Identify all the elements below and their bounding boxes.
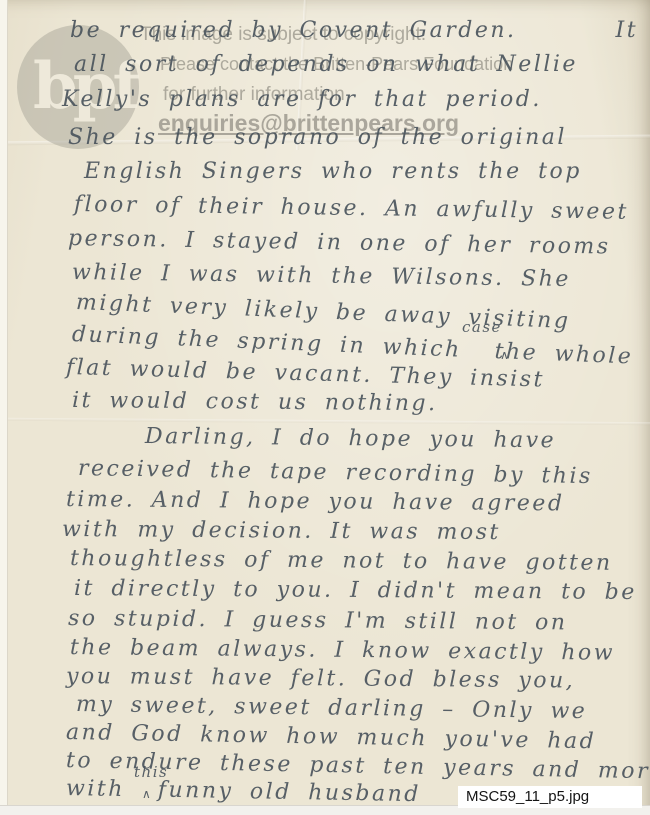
letter-line: floor of their house. An awfully sweet	[74, 192, 629, 225]
letter-line: with funny old husband	[66, 776, 421, 807]
caret-mark: ∧	[500, 348, 509, 362]
letter-line: the beam always. I know exactly how	[70, 635, 615, 666]
letter-line: time. And I hope you have agreed	[66, 487, 565, 516]
inserted-word-this: this	[134, 763, 168, 781]
letter-line: it directly to you. I didn't mean to be	[74, 576, 637, 605]
letter-line: so stupid. I guess I'm still not on	[68, 606, 568, 635]
letter-line: you must have felt. God bless you,	[66, 664, 575, 693]
scan-edge-left	[0, 0, 8, 815]
filename-label: MSC59_11_p5.jpg	[458, 786, 642, 808]
paper-crease	[0, 418, 650, 426]
scanned-letter-page: bpf This image is subject to copyright. …	[0, 0, 650, 815]
letter-line: while I was with the Wilsons. She	[72, 260, 571, 292]
caret-mark: ∧	[142, 787, 151, 801]
letter-line: received the tape recording by this	[78, 456, 593, 489]
letter-line: my sweet, sweet darling – Only we	[76, 692, 588, 724]
letter-line: person. I stayed in one of her rooms	[68, 226, 611, 260]
letter-line: thoughtless of me not to have gotten	[70, 546, 613, 576]
letter-line: English Singers who rents the top	[84, 159, 582, 184]
letter-line: Kelly's plans are for that period.	[62, 87, 542, 112]
inserted-word-case: case	[462, 318, 502, 336]
letter-line: with my decision. It was most	[62, 517, 501, 545]
letter-line: Darling, I do hope you have	[145, 424, 556, 453]
letter-line: She is the soprano of the original	[68, 125, 567, 150]
letter-line: be required by Covent Garden. It	[70, 18, 638, 43]
letter-line: it would cost us nothing.	[72, 388, 438, 416]
letter-line: all sort of depends on what Nellie	[74, 52, 578, 77]
